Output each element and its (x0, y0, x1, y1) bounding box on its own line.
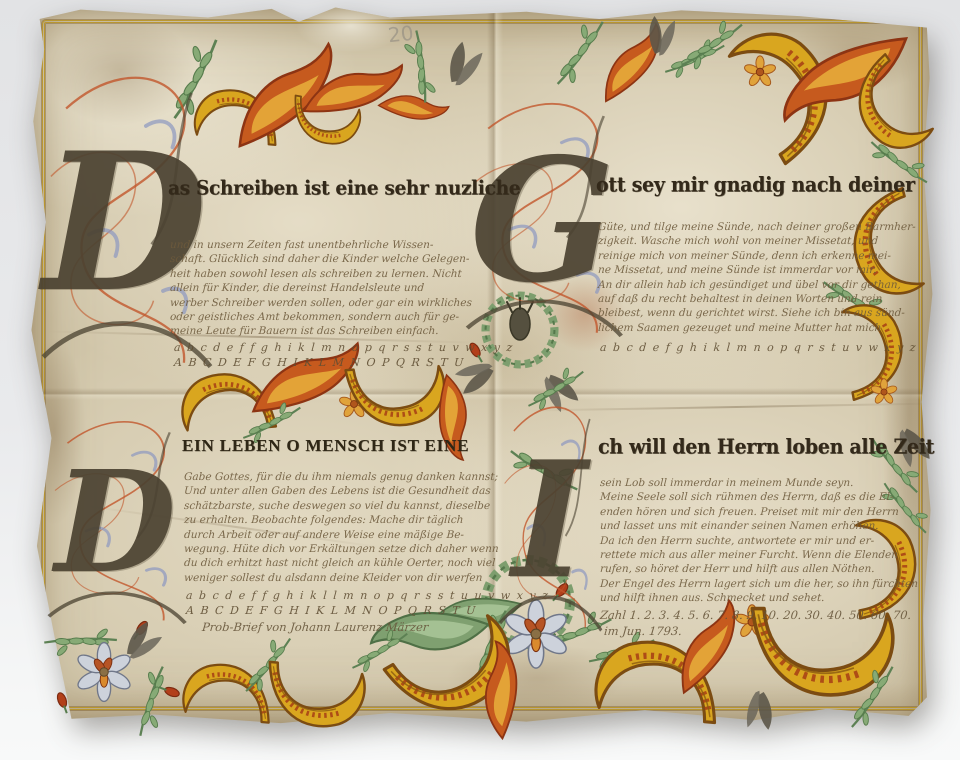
text-line: a b c d e f f g h i k l m n o p q r s s … (173, 340, 514, 355)
text-line: A B C D E F G H I K L M N O P Q R S T U (173, 355, 514, 370)
initial-bottom-left: D (38, 408, 193, 638)
text-line: zu erhalten. Beobachte folgendes: Mache … (184, 513, 499, 527)
quadrant-heading: as Schreiben ist eine sehr nuzliche (168, 177, 520, 199)
quadrant-bottom-left: EIN LEBEN O MENSCH IST EINE Gabe Gottes,… (182, 430, 482, 645)
initial-letter: D (55, 453, 176, 593)
text-line: und in unsern Zeiten fast unentbehrliche… (170, 238, 473, 252)
quadrant-bottom-right: ch will den Herrn loben alle Zeit sein L… (598, 430, 928, 645)
text-line: enden hören und sich freuen. Preiset mit… (600, 505, 919, 519)
text-line: reinige mich von meiner Sünde, denn ich … (598, 249, 917, 263)
body-text: und in unsern Zeiten fast unentbehrliche… (170, 238, 472, 339)
text-line: heit haben sowohl lesen als schreiben zu… (170, 267, 473, 281)
horizontal-fold-crease (26, 388, 936, 400)
text-line: Güte, und tilge meine Sünde, nach deiner… (598, 220, 917, 234)
text-line: schätzbarste, suche deswegen so viel du … (184, 499, 499, 513)
number-line: Zahl 1. 2. 3. 4. 5. 6. 7. 8. 9. 10. 20. … (599, 608, 912, 623)
text-line: ne Missetat, und meine Sünde ist immerda… (598, 263, 917, 277)
text-line: Gabe Gottes, für die du ihm niemals genu… (184, 470, 499, 484)
alphabet-lines: a b c d e f f g h i k l m n o p q r s s … (174, 340, 514, 370)
text-line: allein für Kinder, die dereinst Handelsl… (170, 281, 473, 295)
alphabet-lines: a b c d e f g h i k l m n o p q r s t u … (600, 340, 917, 355)
text-line: werber Schreiber werden sollen, oder gar… (170, 296, 473, 310)
date-line: im Jun. 1793. (603, 624, 682, 639)
initial-letter: G (470, 136, 615, 306)
text-line: Und unter allen Gaben des Lebens ist die… (184, 484, 499, 498)
text-line: und lasset uns mit einander seinen Namen… (600, 519, 919, 533)
text-line: durch Arbeit oder auf andere Weise eine … (184, 528, 499, 542)
body-text: Gabe Gottes, für die du ihm niemals genu… (184, 470, 499, 585)
text-line: Der Engel des Herrn lagert sich um die h… (600, 577, 919, 591)
text-line: bleibest, wenn du gerichtet wirst. Siehe… (598, 306, 917, 320)
text-line: du dich erhitzt hast nicht gleich an küh… (184, 556, 499, 570)
text-line: Meine Seele soll sich rühmen des Herrn, … (600, 490, 919, 504)
text-line: zigkeit. Wasche mich wohl von meiner Mis… (598, 234, 917, 248)
text-line: lichem Saamen gezeuget und meine Mutter … (598, 321, 917, 335)
text-line: weniger sollest du alsdann deine Kleider… (184, 571, 499, 585)
text-line: auf daß du recht behaltest in deinen Wor… (598, 292, 917, 306)
initial-letter: I (512, 440, 587, 600)
text-line: sein Lob soll immerdar in meinem Munde s… (600, 476, 919, 490)
body-text: sein Lob soll immerdar in meinem Munde s… (600, 476, 918, 606)
text-line: A B C D E F G H I K L M N O P Q R S T U (185, 603, 549, 618)
quadrant-heading: EIN LEBEN O MENSCH IST EINE (182, 436, 469, 456)
text-line: wegung. Hüte dich vor Erkältungen setze … (184, 542, 499, 556)
photo-stage: 20 D G D I as Schreiben ist eine sehr nu… (0, 0, 960, 760)
text-line: a b c d e f f g h i k l l m n o p q r s … (185, 588, 549, 603)
signature-line: Prob-Brief von Johann Laurenz Märzer (201, 620, 429, 635)
text-line: oder geistliches Amt bekommen, sondern a… (170, 310, 473, 324)
text-line: rufen, so höret der Herr und hilft aus a… (600, 562, 919, 576)
text-line: a b c d e f g h i k l m n o p q r s t u … (599, 340, 917, 355)
text-line: rettete mich aus aller meiner Furcht. We… (600, 548, 919, 562)
alphabet-lines: a b c d e f f g h i k l l m n o p q r s … (186, 588, 549, 618)
quadrant-heading: ch will den Herrn loben alle Zeit (598, 435, 934, 458)
text-line: und hilft ihnen aus. Schmecket und sehet… (600, 591, 919, 605)
quadrant-top-right: ott sey mir gnadig nach deiner Güte, und… (596, 168, 926, 378)
quadrant-heading: ott sey mir gnadig nach deiner (596, 173, 915, 196)
body-text: Güte, und tilge meine Sünde, nach deiner… (598, 220, 916, 335)
pencil-mark: 20 (387, 21, 415, 48)
text-line: schaft. Glücklich sind daher die Kinder … (170, 252, 473, 266)
text-line: Da ich den Herrn suchte, antwortete er m… (600, 534, 919, 548)
quadrant-top-left: as Schreiben ist eine sehr nuzliche und … (168, 172, 483, 382)
text-line: An dir allein hab ich gesündiget und übe… (598, 278, 917, 292)
text-line: meine Leute für Bauern ist das Schreiben… (170, 324, 473, 338)
